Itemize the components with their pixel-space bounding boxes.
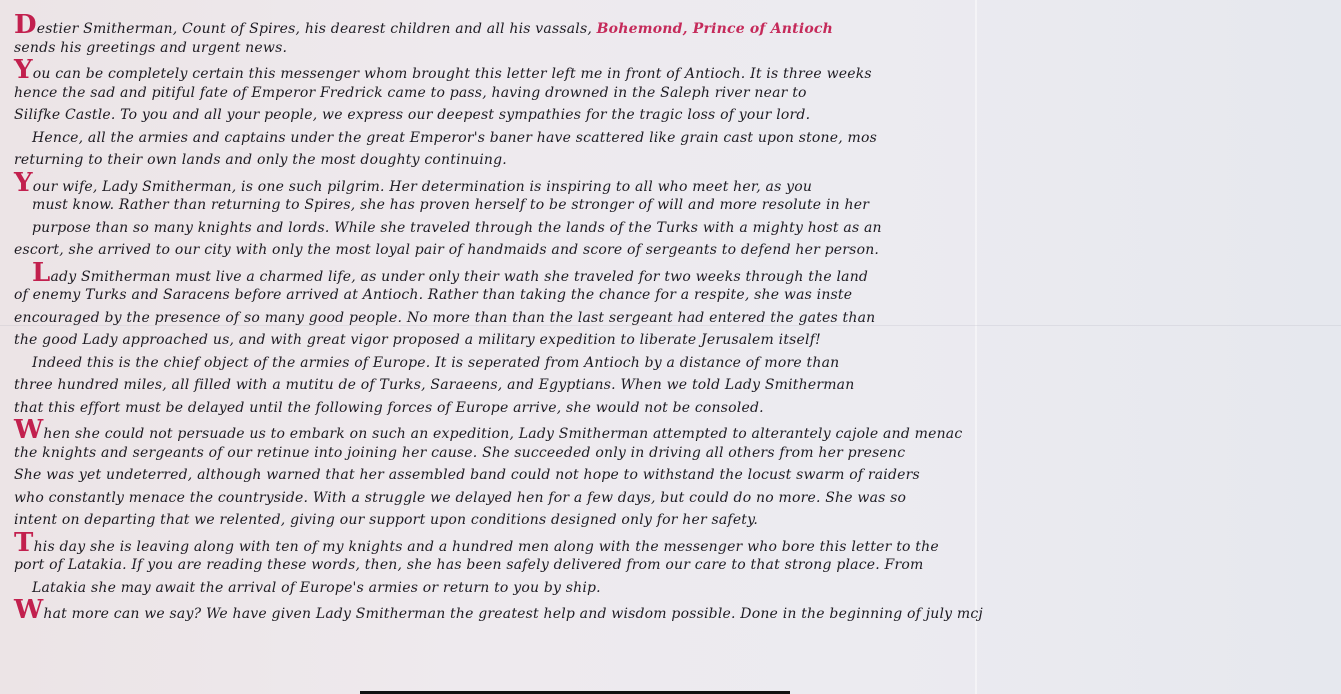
letter-line: Latakia she may await the arrival of Eur… (14, 577, 1341, 600)
letter-line: Indeed this is the chief object of the a… (14, 352, 1341, 375)
letter-line: intent on departing that we relented, gi… (14, 509, 1341, 532)
drop-cap: W (14, 415, 43, 445)
drop-cap: Y (14, 55, 33, 85)
letter-line: of enemy Turks and Saracens before arriv… (14, 284, 1341, 307)
drop-cap: Y (14, 168, 33, 198)
letter-line: This day she is leaving along with ten o… (14, 532, 1341, 555)
red-heading-tail: Bohemond, Prince of Antioch (597, 21, 833, 37)
letter-line: Your wife, Lady Smitherman, is one such … (14, 172, 1341, 195)
letter-line: When she could not persuade us to embark… (14, 419, 1341, 442)
letter-line-1: Destier Smitherman, Count of Spires, his… (14, 14, 1341, 37)
letter-line: must know. Rather than returning to Spir… (14, 194, 1341, 217)
letter-line: port of Latakia. If you are reading thes… (14, 554, 1341, 577)
letter-body: Destier Smitherman, Count of Spires, his… (14, 14, 1341, 622)
letter-line: who constantly menace the countryside. W… (14, 487, 1341, 510)
drop-cap: W (14, 595, 43, 625)
letter-line: three hundred miles, all filled with a m… (14, 374, 1341, 397)
letter-line: What more can we say? We have given Lady… (14, 599, 1341, 622)
letter-line: the good Lady approached us, and with gr… (14, 329, 1341, 352)
letter-line: purpose than so many knights and lords. … (14, 217, 1341, 240)
letter-line: Hence, all the armies and captains under… (14, 127, 1341, 150)
letter-line: that this effort must be delayed until t… (14, 397, 1341, 420)
letter-line: Lady Smitherman must live a charmed life… (14, 262, 1341, 285)
letter-line: sends his greetings and urgent news. (14, 37, 1341, 60)
letter-line: Silifke Castle. To you and all your peop… (14, 104, 1341, 127)
letter-line: encouraged by the presence of so many go… (14, 307, 1341, 330)
letter-line: returning to their own lands and only th… (14, 149, 1341, 172)
letter-line: hence the sad and pitiful fate of Empero… (14, 82, 1341, 105)
letter-line: the knights and sergeants of our retinue… (14, 442, 1341, 465)
letter-line: escort, she arrived to our city with onl… (14, 239, 1341, 262)
drop-cap: T (14, 528, 34, 558)
letter-line: She was yet undeterred, although warned … (14, 464, 1341, 487)
letter-line: You can be completely certain this messe… (14, 59, 1341, 82)
drop-cap: D (14, 10, 37, 40)
drop-cap: L (32, 258, 50, 288)
